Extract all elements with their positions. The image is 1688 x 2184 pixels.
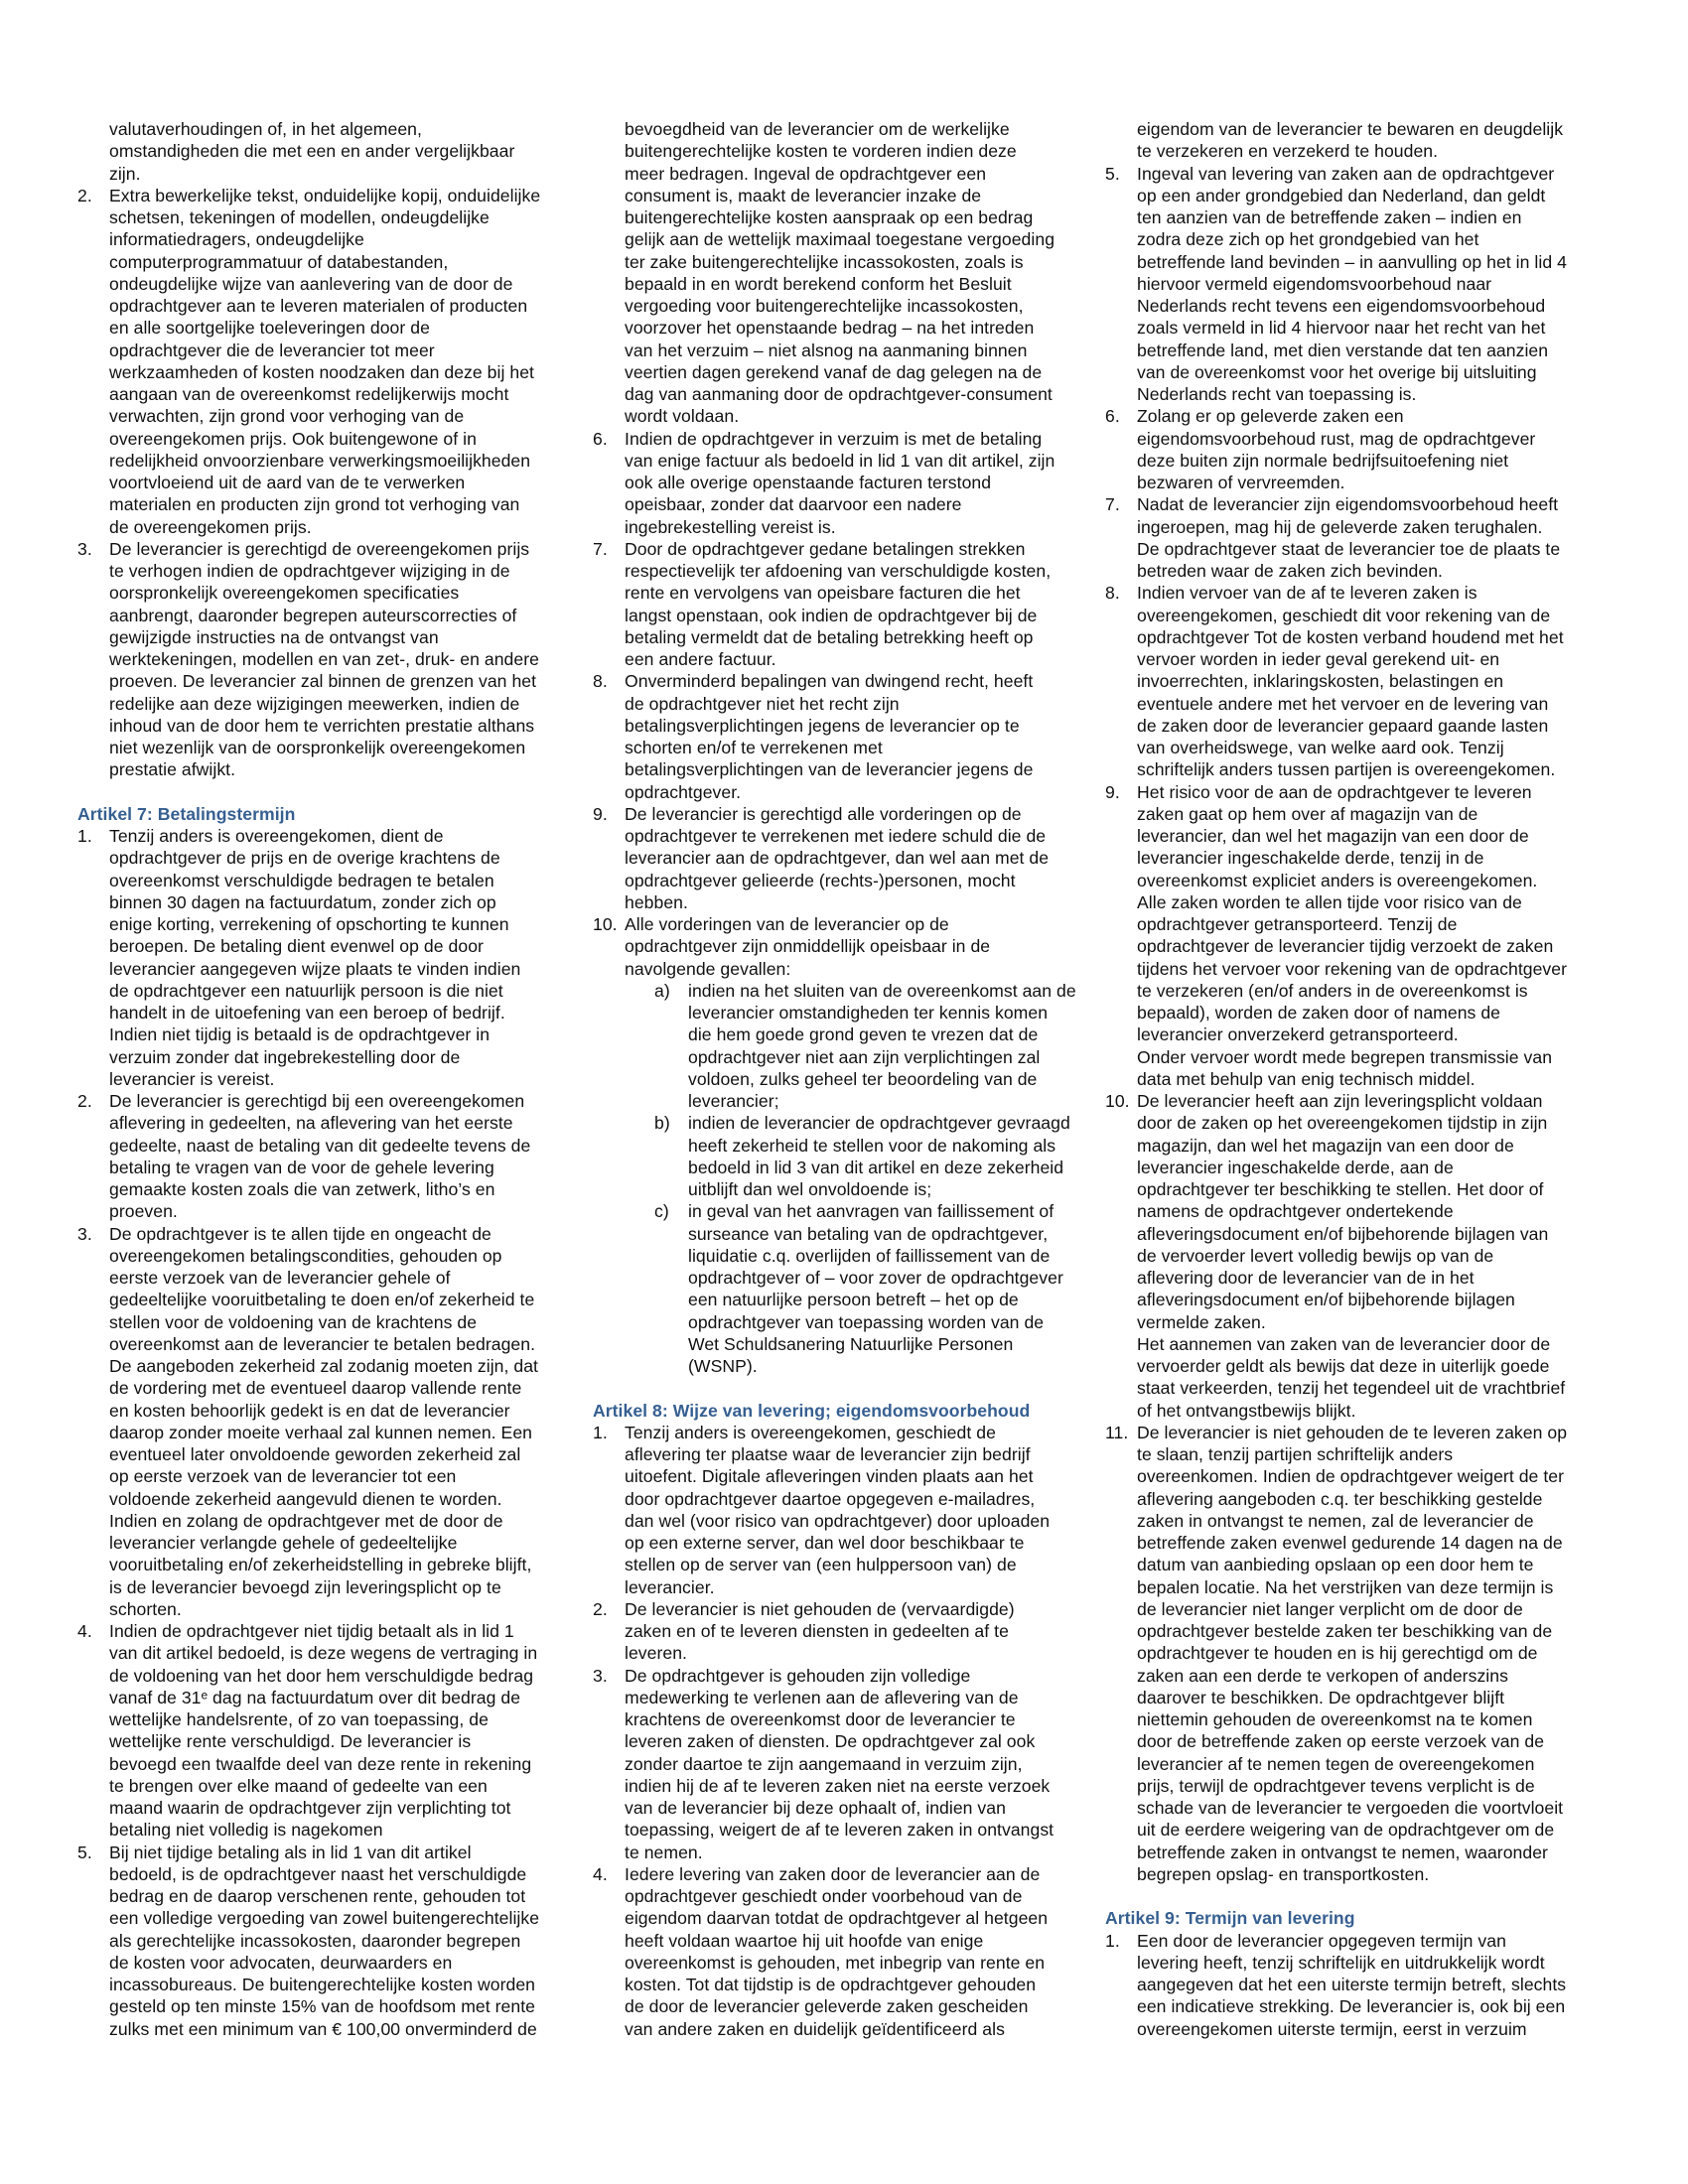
clause-number: 4. [77,1620,92,1642]
text-line: gedeelte, naast de betaling van dit gede… [109,1135,594,1157]
text-line: de overeengekomen prijs. [109,516,594,538]
text-line: beroepen. De betaling dient evenwel op d… [109,935,594,957]
paragraph-continuation: bevoegdheid van de leverancier om de wer… [593,118,1109,428]
numbered-clause: 4.Indien de opdrachtgever niet tijdig be… [77,1620,594,1842]
column-1: valutaverhoudingen of, in het algemeen,o… [77,118,594,2040]
numbered-clause: 11.De leverancier is niet gehouden de te… [1105,1422,1631,1885]
text-line: invoerrechten, inklaringskosten, belasti… [1137,670,1631,692]
text-line: betreffende land bevinden – in aanvullin… [1137,251,1631,273]
text-line: te brengen over elke maand of gedeelte v… [109,1775,594,1797]
text-line: De leverancier is niet gehouden de te le… [1137,1422,1631,1443]
text-line: handelt in de uitoefening van een beroep… [109,1002,594,1024]
clause-number: 5. [77,1842,92,1863]
text-line: omstandigheden die met een en ander verg… [109,140,594,162]
text-line: buitengerechtelijke kosten aanspraak op … [625,206,1109,228]
text-line: De leverancier is gerechtigd bij een ove… [109,1090,594,1112]
text-line: bevoegd een twaalfde deel van deze rente… [109,1753,594,1775]
text-line: vervoerder geldt als bewijs dat deze in … [1137,1355,1631,1377]
text-line: uitoefent. Digitale afleveringen vinden … [625,1465,1109,1487]
text-line: vergoeding voor buitengerechtelijke inca… [625,295,1109,317]
text-line: indien na het sluiten van de overeenkoms… [688,980,1109,1002]
text-line: niet wezenlijk van de oorspronkelijk ove… [109,737,594,758]
text-line: wordt voldaan. [625,405,1109,427]
text-line: Indien de opdrachtgever in verzuim is me… [625,428,1109,450]
clause-number: 7. [1105,493,1120,515]
text-line: betaling te vragen van de voor de gehele… [109,1157,594,1178]
text-line: Iedere levering van zaken door de levera… [625,1863,1109,1885]
text-line: opdrachtgever of – voor zover de opdrach… [688,1267,1109,1289]
clause-number: 2. [77,1090,92,1112]
text-line: voldoen, zulks geheel ter beoordeling va… [688,1068,1109,1090]
text-line: leverancier aangegeven wijze plaats te v… [109,958,594,980]
text-line: buitengerechtelijke kosten te vorderen i… [625,140,1109,162]
text-line: De opdrachtgever staat de leverancier to… [1137,538,1631,560]
text-line: betalingsverplichtingen jegens de levera… [625,715,1109,737]
text-line: inhoud van de door hem te verrichten pre… [109,715,594,737]
text-line: Indien niet tijdig is betaald is de opdr… [109,1024,594,1045]
article-heading-text: Artikel 9: Termijn van levering [1105,1907,1631,1929]
text-line: prijs, terwijl de opdrachtgever tevens v… [1137,1775,1631,1797]
text-line: schorten. [109,1598,594,1620]
text-line: aflevering door de leverancier van de in… [1137,1267,1631,1289]
text-line: verwachten, zijn grond voor verhoging va… [109,405,594,427]
text-line: voorzover het openstaande bedrag – na he… [625,317,1109,339]
numbered-clause: 5.Ingeval van levering van zaken aan de … [1105,163,1631,406]
text-line: wettelijke rente verschuldigd. De levera… [109,1730,594,1752]
numbered-clause: 1.Een door de leverancier opgegeven term… [1105,1930,1631,2040]
text-line: indien hij de af te leveren zaken niet n… [625,1775,1109,1797]
text-line: en alle soortgelijke toeleveringen door … [109,317,594,339]
text-line: opdrachtgever van toepassing worden van … [688,1311,1109,1333]
text-line: bevoegdheid van de leverancier om de wer… [625,118,1109,140]
text-line: zaken gaat op hem over af magazijn van d… [1137,803,1631,825]
text-line: kosten. Tot dat tijdstip is de opdrachtg… [625,1974,1109,1995]
text-line: opdrachtgever gelieerde (rechts-)persone… [625,870,1109,891]
text-line: oorspronkelijk overeengekomen specificat… [109,582,594,604]
text-line: leverancier; [688,1090,1109,1112]
text-line: te verhogen indien de opdrachtgever wijz… [109,560,594,582]
text-line: aangegeven dat het een uiterste termijn … [1137,1974,1631,1995]
text-line: uit de eerdere weigering van de opdracht… [1137,1819,1631,1841]
text-line: zaken en of te leveren diensten in gedee… [625,1620,1109,1642]
numbered-clause: 8.Onverminderd bepalingen van dwingend r… [593,670,1109,803]
text-line: de opdrachtgever een natuurlijk persoon … [109,980,594,1002]
clause-number: c) [654,1200,669,1222]
text-line: vervoer worden in ieder geval gerekend u… [1137,648,1631,670]
text-line: schriftelijk anders tussen partijen is o… [1137,758,1631,780]
numbered-clause: 2.Extra bewerkelijke tekst, onduidelijke… [77,185,594,538]
text-line: incassobureaus. De buitengerechtelijke k… [109,1974,594,1995]
text-line: voortvloeiend uit de aard van de te verw… [109,472,594,493]
clause-number: 11. [1105,1422,1128,1443]
text-line: begrepen opslag- en transportkosten. [1137,1863,1631,1885]
sub-list-item: a)indien na het sluiten van de overeenko… [593,980,1109,1113]
text-line: (WSNP). [688,1355,1109,1377]
text-line: aflevering in gedeelten, na aflevering v… [109,1112,594,1134]
clause-number: b) [654,1112,670,1134]
text-line: opdrachtgever te houden en is hij gerech… [1137,1642,1631,1664]
text-line: verzuim zonder dat ingebrekestelling doo… [109,1046,594,1068]
clause-number: 8. [1105,582,1120,604]
text-line: opdrachtgever zijn onmiddellijk opeisbaa… [625,935,1109,957]
text-line: de voldoening van het door hem verschuld… [109,1665,594,1687]
text-line: bepaald), worden de zaken door of namens… [1137,1002,1631,1024]
text-line: opeisbaar, zonder dat daarvoor een nader… [625,493,1109,515]
text-line: van dit artikel bedoeld, is deze wegens … [109,1642,594,1664]
text-line: bedoeld, is de opdrachtgever naast het v… [109,1863,594,1885]
text-line: proeven. De leverancier zal binnen de gr… [109,670,594,692]
numbered-clause: 3.De leverancier is gerechtigd de overee… [77,538,594,781]
numbered-clause: 6.Indien de opdrachtgever in verzuim is … [593,428,1109,538]
text-line: of het ontvangstbewijs blijkt. [1137,1400,1631,1422]
text-line: zoals vermeld in lid 4 hiervoor naar het… [1137,317,1631,339]
text-line: op een ander grondgebied dan Nederland, … [1137,185,1631,206]
text-line: betalingsverplichtingen van de leveranci… [625,758,1109,780]
text-line: de zaken door de leverancier gepaard gaa… [1137,715,1631,737]
text-line: van de overeenkomst voor het overige bij… [1137,361,1631,383]
text-line: Indien de opdrachtgever niet tijdig beta… [109,1620,594,1642]
text-line: dag van aanmaning door de opdrachtgever-… [625,383,1109,405]
text-line: Onverminderd bepalingen van dwingend rec… [625,670,1109,692]
text-line: overeenkomst verschuldigde bedragen te b… [109,870,594,891]
paragraph-continuation: valutaverhoudingen of, in het algemeen,o… [77,118,594,185]
text-line: de leverancier niet langer verplicht om … [1137,1598,1631,1620]
text-line: eerste verzoek van de leverancier gehele… [109,1267,594,1289]
text-line: van overheidswege, van welke aard ook. T… [1137,737,1631,758]
text-line: meer bedragen. Ingeval de opdrachtgever … [625,163,1109,185]
clause-number: 4. [593,1863,608,1885]
column-3: eigendom van de leverancier te bewaren e… [1105,118,1631,2040]
text-line: toepassing, weigert de af te leveren zak… [625,1819,1109,1841]
text-line: Tenzij anders is overeengekomen, dient d… [109,825,594,847]
text-line: vooruitbetaling en/of zekerheidstelling … [109,1554,594,1575]
text-line: aflevering aangeboden c.q. ter beschikki… [1137,1488,1631,1510]
text-line: ten aanzien van de betreffende zaken – i… [1137,206,1631,228]
text-line: betreffende land, met dien verstande dat… [1137,340,1631,361]
text-line: gelijk aan de wettelijk maximaal toegest… [625,228,1109,250]
text-line: uitblijft dan wel onvoldoende is; [688,1178,1109,1200]
text-line: eigendomsvoorbehoud rust, mag de opdrach… [1137,428,1631,450]
section-spacer [593,1377,1109,1399]
text-line: navolgende gevallen: [625,958,1109,980]
text-line: overeenkomst expliciet anders is overeen… [1137,870,1631,891]
numbered-clause: 5.Bij niet tijdige betaling als in lid 1… [77,1842,594,2040]
text-line: afleveringsdocument en/of bijbehorende b… [1137,1289,1631,1310]
clause-number: 3. [77,1223,92,1245]
clause-number: 1. [593,1422,608,1443]
text-line: schade van de leverancier te vergoeden d… [1137,1797,1631,1819]
text-line: leverancier aan de opdrachtgever, dan we… [625,847,1109,869]
text-line: datum van aanbieding opslaan op een door… [1137,1554,1631,1575]
clause-number: 3. [593,1665,608,1687]
text-line: Nederlands recht van toepassing is. [1137,383,1631,405]
text-line: leverancier af te nemen tegen de overeen… [1137,1753,1631,1775]
text-line: gedeeltelijke vooruitbetaling te doen en… [109,1289,594,1310]
text-line: betaling vermeldt dat de betaling betrek… [625,626,1109,648]
article-heading: Artikel 8: Wijze van levering; eigendoms… [593,1400,1109,1422]
text-line: zodra deze zich op het grondgebied van h… [1137,228,1631,250]
text-line: opdrachtgever de leverancier tijdig verz… [1137,935,1631,957]
numbered-clause: 2.De leverancier is niet gehouden de (ve… [593,1598,1109,1665]
text-line: valutaverhoudingen of, in het algemeen, [109,118,594,140]
clause-number: 8. [593,670,608,692]
numbered-clause: 7.Nadat de leverancier zijn eigendomsvoo… [1105,493,1631,582]
numbered-clause: 7.Door de opdrachtgever gedane betalinge… [593,538,1109,671]
text-line: op een externe server, dan wel door besc… [625,1532,1109,1554]
section-spacer [1105,1885,1631,1907]
text-line: heeft zekerheid te stellen voor de nakom… [688,1135,1109,1157]
text-line: eigendom daarvan totdat de opdrachtgever… [625,1907,1109,1929]
text-line: rente en vervolgens van opeisbare factur… [625,582,1109,604]
text-line: langst openstaan, ook indien de opdracht… [625,605,1109,626]
text-line: overeengekomen, geschiedt dit voor reken… [1137,605,1631,626]
text-line: medewerking te verlenen aan de afleverin… [625,1687,1109,1708]
text-line: bedoeld in lid 3 van dit artikel en deze… [688,1157,1109,1178]
text-line: de kosten voor advocaten, deurwaarders e… [109,1952,594,1974]
text-line: bepalen locatie. Na het verstrijken van … [1137,1576,1631,1598]
text-line: ingebrekestelling vereist is. [625,516,1109,538]
text-line: Nederlands recht tevens een eigendomsvoo… [1137,295,1631,317]
text-line: hiervoor vermeld eigendomsvoorbehoud naa… [1137,273,1631,295]
text-line: aanbrengt, daaronder begrepen auteurscor… [109,605,594,626]
text-line: proeven. [109,1200,594,1222]
numbered-clause: 10.Alle vorderingen van de leverancier o… [593,913,1109,980]
text-line: door opdrachtgever daartoe opgegeven e-m… [625,1488,1109,1510]
sub-list-item: c)in geval van het aanvragen van faillis… [593,1200,1109,1377]
text-line: Het risico voor de aan de opdrachtgever … [1137,781,1631,803]
text-line: staat verkeerden, tenzij het tegendeel u… [1137,1377,1631,1399]
text-line: levering heeft, tenzij schriftelijk en u… [1137,1952,1631,1974]
text-line: leverancier, dan wel het magazijn van ee… [1137,825,1631,847]
text-line: een volledige vergoeding van zowel buite… [109,1907,594,1929]
text-line: te verzekeren en verzekerd te houden. [1137,140,1631,162]
clause-number: 10. [1105,1090,1130,1112]
numbered-clause: 9.Het risico voor de aan de opdrachtgeve… [1105,781,1631,1091]
clause-number: 2. [77,185,92,206]
text-line: informatiedragers, ondeugdelijke [109,228,594,250]
text-line: opdrachtgever Tot de kosten verband houd… [1137,626,1631,648]
clause-number: 9. [1105,781,1120,803]
text-line: opdrachtgever aan te leveren materialen … [109,295,594,317]
text-line: gewijzigde instructies na de ontvangst v… [109,626,594,648]
text-line: leverancier omstandigheden ter kennis ko… [688,1002,1109,1024]
text-line: van de leverancier bij deze ophaalt of, … [625,1797,1109,1819]
text-line: overeengekomen uiterste termijn, eerst i… [1137,2018,1631,2040]
text-line: leveren. [625,1642,1109,1664]
text-line: magazijn, dan wel het magazijn van een d… [1137,1135,1631,1157]
text-line: opdrachtgever niet aan zijn verplichting… [688,1046,1109,1068]
text-line: zijn. [109,163,594,185]
text-line: wettelijke handelsrente, of zo van toepa… [109,1708,594,1730]
text-line: werkzaamheden of kosten noodzaken dan de… [109,361,594,383]
text-line: stellen voor de voldoening van de kracht… [109,1311,594,1333]
text-line: Tenzij anders is overeengekomen, geschie… [625,1422,1109,1443]
text-line: Onder vervoer wordt mede begrepen transm… [1137,1046,1631,1068]
article-heading: Artikel 9: Termijn van levering [1105,1907,1631,1929]
text-line: ingeroepen, mag hij de geleverde zaken t… [1137,516,1631,538]
clause-number: 1. [77,825,92,847]
text-line: aangaan van de overeenkomst redelijkerwi… [109,383,594,405]
text-line: Indien en zolang de opdrachtgever met de… [109,1510,594,1532]
text-line: opdrachtgever de prijs en de overige kra… [109,847,594,869]
text-line: door de betreffende zaken op eerste verz… [1137,1730,1631,1752]
text-line: vanaf de 31ᵉ dag na factuurdatum over di… [109,1687,594,1708]
text-line: die hem goede grond geven te vrezen dat … [688,1024,1109,1045]
text-line: ondeugdelijke wijze van aanlevering van … [109,273,594,295]
text-line: betreffende zaken in ontvangst te nemen,… [1137,1842,1631,1863]
article-heading-text: Artikel 7: Betalingstermijn [77,803,594,825]
text-line: respectievelijk ter afdoening van versch… [625,560,1109,582]
numbered-clause: 1.Tenzij anders is overeengekomen, gesch… [593,1422,1109,1598]
text-line: overeengekomen prijs. Ook buitengewone o… [109,428,594,450]
text-line: De opdrachtgever is gehouden zijn volled… [625,1665,1109,1687]
text-line: opdrachtgever ter beschikking te stellen… [1137,1178,1631,1200]
text-line: een andere factuur. [625,648,1109,670]
text-line: heeft voldaan waartoe hij uit hoofde van… [625,1930,1109,1952]
text-line: zulks met een minimum van € 100,00 onver… [109,2018,594,2040]
text-line: maand waarin de opdrachtgever zijn verpl… [109,1797,594,1819]
text-line: ook alle overige openstaande facturen te… [625,472,1109,493]
text-line: opdrachtgever getransporteerd. Tenzij de [1137,913,1631,935]
text-line: tijdens het vervoer voor rekening van de… [1137,958,1631,980]
numbered-clause: 3.De opdrachtgever is te allen tijde en … [77,1223,594,1621]
text-line: is de leverancier bevoegd zijn leverings… [109,1576,594,1598]
column-2: bevoegdheid van de leverancier om de wer… [593,118,1109,2040]
text-line: schetsen, tekeningen of modellen, ondeug… [109,206,594,228]
clause-number: 3. [77,538,92,560]
text-line: de vordering met de eventueel daarop val… [109,1377,594,1399]
text-line: enige korting, verrekening of opschortin… [109,913,594,935]
numbered-clause: 1.Tenzij anders is overeengekomen, dient… [77,825,594,1090]
text-line: leverancier. [625,1576,1109,1598]
text-line: eventuele andere met het vervoer en de l… [1137,693,1631,715]
article-heading: Artikel 7: Betalingstermijn [77,803,594,825]
text-line: gemaakte kosten zoals die van zetwerk, l… [109,1178,594,1200]
text-line: Alle vorderingen van de leverancier op d… [625,913,1109,935]
text-line: De leverancier is gerechtigd de overeeng… [109,538,594,560]
text-line: stellen op de server van (een hulppersoo… [625,1554,1109,1575]
text-line: De leverancier is gerechtigd alle vorder… [625,803,1109,825]
numbered-clause: 3.De opdrachtgever is gehouden zijn voll… [593,1665,1109,1863]
text-line: opdrachtgever bestelde zaken ter beschik… [1137,1620,1631,1642]
sub-list-item: b)indien de leverancier de opdrachtgever… [593,1112,1109,1200]
text-line: leverancier onverzekerd getransporteerd. [1137,1024,1631,1045]
text-line: afleveringsdocument en/of bijbehorende b… [1137,1223,1631,1245]
text-line: overeengekomen betalingscondities, gehou… [109,1245,594,1267]
text-line: daarop zonder moeite verhaal zal kunnen … [109,1422,594,1443]
text-line: De opdrachtgever is te allen tijde en on… [109,1223,594,1245]
text-line: door de zaken op het overeengekomen tijd… [1137,1112,1631,1134]
numbered-clause: 6.Zolang er op geleverde zaken eeneigend… [1105,405,1631,493]
text-line: leverancier is vereist. [109,1068,594,1090]
text-line: Bij niet tijdige betaling als in lid 1 v… [109,1842,594,1863]
text-line: eventueel later onvoldoende geworden zek… [109,1443,594,1465]
text-line: opdrachtgever die de leverancier tot mee… [109,340,594,361]
text-line: deze buiten zijn normale bedrijfsuitoefe… [1137,450,1631,472]
text-line: redelijke aan deze wijzigingen meewerken… [109,693,594,715]
text-line: op eerste verzoek van de leverancier tot… [109,1465,594,1487]
text-line: zonder daartoe te zijn aangemaand in ver… [625,1753,1109,1775]
text-line: betaling niet volledig is nagekomen [109,1819,594,1841]
text-line: schorten en/of te verrekenen met [625,737,1109,758]
text-line: Wet Schuldsanering Natuurlijke Personen [688,1333,1109,1355]
paragraph-continuation: eigendom van de leverancier te bewaren e… [1105,118,1631,163]
text-line: ter zake buitengerechtelijke incassokost… [625,251,1109,273]
numbered-clause: 4.Iedere levering van zaken door de leve… [593,1863,1109,2040]
text-line: overeenkomst aan de leverancier te betal… [109,1333,594,1355]
text-line: overeenkomst is gehouden, met inbegrip v… [625,1952,1109,1974]
text-line: voldoende zekerheid aangevuld dienen te … [109,1488,594,1510]
text-line: materialen en producten zijn grond tot v… [109,493,594,515]
text-line: eigendom van de leverancier te bewaren e… [1137,118,1631,140]
text-line: leverancier ingeschakelde derde, aan de [1137,1157,1631,1178]
text-line: Alle zaken worden te allen tijde voor ri… [1137,891,1631,913]
text-line: leverancier verlangde gehele of gedeelte… [109,1532,594,1554]
clause-number: 1. [1105,1930,1120,1952]
text-line: binnen 30 dagen na factuurdatum, zonder … [109,891,594,913]
text-line: dan wel (voor risico van opdrachtgever) … [625,1510,1109,1532]
text-line: Indien vervoer van de af te leveren zake… [1137,582,1631,604]
clause-number: 10. [593,913,618,935]
text-line: consument is, maakt de leverancier inzak… [625,185,1109,206]
numbered-clause: 2.De leverancier is gerechtigd bij een o… [77,1090,594,1223]
text-line: een indicatieve strekking. De leverancie… [1137,1995,1631,2017]
section-spacer [77,781,594,803]
text-line: van andere zaken en duidelijk geïdentifi… [625,2018,1109,2040]
text-line: te slaan, tenzij partijen schriftelijk a… [1137,1443,1631,1465]
text-line: prestatie afwijkt. [109,758,594,780]
text-line: hebben. [625,891,1109,913]
text-line: en kosten behoorlijk gedekt is en dat de… [109,1400,594,1422]
text-line: Een door de leverancier opgegeven termij… [1137,1930,1631,1952]
text-line: niettemin gehouden de overeenkomst na te… [1137,1708,1631,1730]
clause-number: 6. [1105,405,1120,427]
text-line: als gerechtelijke incassokosten, daarond… [109,1930,594,1952]
text-line: Zolang er op geleverde zaken een [1137,405,1631,427]
text-line: zaken in ontvangst te nemen, zal de leve… [1137,1510,1631,1532]
text-line: de door de leverancier geleverde zaken g… [625,1995,1109,2017]
clause-number: 5. [1105,163,1120,185]
text-line: een natuurlijke persoon betreft – het op… [688,1289,1109,1310]
numbered-clause: 8.Indien vervoer van de af te leveren za… [1105,582,1631,780]
text-line: bedrag en de daarop verschenen rente, ge… [109,1885,594,1907]
clause-number: a) [654,980,670,1002]
text-line: werktekeningen, modellen en van zet-, dr… [109,648,594,670]
text-line: opdrachtgever te verrekenen met iedere s… [625,825,1109,847]
text-line: data met behulp van enig technisch midde… [1137,1068,1631,1090]
clause-number: 9. [593,803,608,825]
text-line: daarover te beschikken. De opdrachtgever… [1137,1687,1631,1708]
text-line: te nemen. [625,1842,1109,1863]
text-line: betreden waar de zaken zich bevinden. [1137,560,1631,582]
text-line: De leverancier heeft aan zijn leveringsp… [1137,1090,1631,1112]
article-heading-text: Artikel 8: Wijze van levering; eigendoms… [593,1400,1109,1422]
text-line: te verzekeren (en/of anders in de overee… [1137,980,1631,1002]
text-line: leverancier ingeschakelde derde, tenzij … [1137,847,1631,869]
text-line: Door de opdrachtgever gedane betalingen … [625,538,1109,560]
text-line: opdrachtgever geschiedt onder voorbehoud… [625,1885,1109,1907]
text-line: opdrachtgever. [625,781,1109,803]
text-line: de vervoerder levert volledig bewijs op … [1137,1245,1631,1267]
text-line: van enige factuur als bedoeld in lid 1 v… [625,450,1109,472]
text-line: overeenkomen. Indien de opdrachtgever we… [1137,1465,1631,1487]
text-line: veertien dagen gerekend vanaf de dag gel… [625,361,1109,383]
text-line: indien de leverancier de opdrachtgever g… [688,1112,1109,1134]
clause-number: 7. [593,538,608,560]
text-line: krachtens de overeenkomst door de levera… [625,1708,1109,1730]
numbered-clause: 10.De leverancier heeft aan zijn leverin… [1105,1090,1631,1422]
clause-number: 6. [593,428,608,450]
